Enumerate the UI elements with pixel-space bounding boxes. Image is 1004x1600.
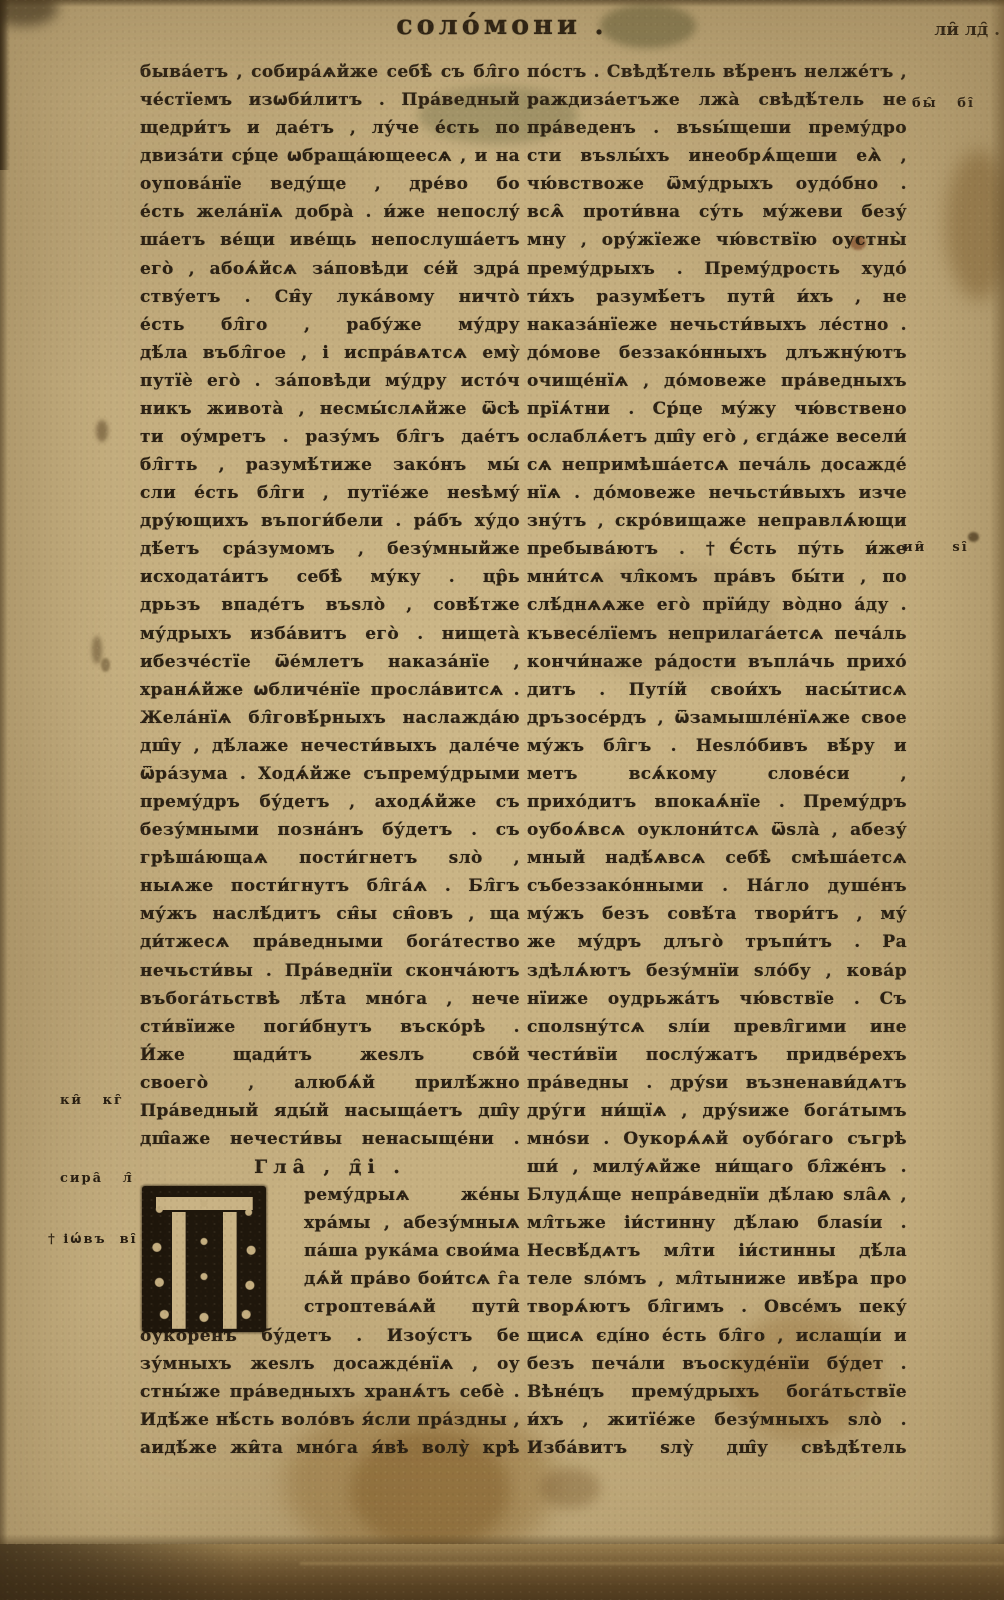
left-text-line: е́сть бл̑го , рабу́же му́дру поспѣ́ютсѧ	[140, 311, 520, 339]
right-text-line: и́хъ , житїе́же безу́мныхъ ѕло̀ .	[527, 1406, 907, 1434]
margin-note-sirach-ref: ки̑ кг̑ сира̑ л̑	[60, 1036, 134, 1244]
right-text-line: прихо́дитъ впокаѧ́нїе . Прему́дръ	[527, 788, 907, 816]
left-text-line: зу́мныхъ жеѕлъ досажде́нїѧ , оу	[140, 1350, 520, 1378]
right-text-line: чю́вствоже ѿму́дрыхъ оудо́бно .	[527, 170, 907, 198]
right-text-line: мл̑тьже іи́стинну дѣ́лаю блаѕі́и .	[527, 1209, 907, 1237]
margin-note-line: сира̑ л̑	[60, 1166, 134, 1192]
right-text-line: слѣ́днѧѧже его̀ прїи́ду во̀дно а́ду .	[527, 591, 907, 619]
left-text-line: оупова́нїе веду́ще , дре́во бо живо́тно	[140, 170, 520, 198]
left-text-line: че́стїемъ изѡби́литъ . Пра́ведный	[140, 86, 520, 114]
left-text-line: безу́мными позна́нъ бу́детъ . съ	[140, 816, 520, 844]
left-text-line: никъ живота̀ , несмы́слѧйже ѿсѣ	[140, 395, 520, 423]
left-text-line: И́же щади́тъ жеѕлъ сво́й ненави́дитъ сн̑…	[140, 1041, 520, 1069]
right-text-line: къвесе́лїемъ неприлага́етсѧ печа́ль ,	[527, 620, 907, 648]
paper-stain	[540, 1468, 600, 1508]
left-text-line: въбога́тьствѣ лѣ́та мно́га , нече	[140, 985, 520, 1013]
left-text-line: дѣ́етъ сра́зумомъ , безу́мныйже	[140, 535, 520, 563]
right-text-line: му́жъ бл̑гъ . Неѕло́бивъ вѣ́ру и	[527, 732, 907, 760]
margin-note-line: ки̑ кг̑	[60, 1088, 134, 1114]
right-text-line: ослаблѧ́етъ дш̑у его̀ , єгда́же весели́	[527, 423, 907, 451]
ink-spot	[101, 658, 110, 672]
left-text-line: стны́же пра́ведныхъ хранѧ́тъ себѐ .	[140, 1378, 520, 1406]
margin-note-right-mid: ии̑ ѕі̑	[903, 540, 969, 555]
right-text-line: творѧ́ютъ бл̑гимъ . Овсе́мъ пеку́	[527, 1293, 907, 1321]
left-text-line: прему́дръ бу́детъ , аходѧ́йже съ	[140, 788, 520, 816]
left-text-line: сли е́сть бл̑ги , путїе́же неѕѣму́	[140, 479, 520, 507]
right-text-line: събеззако́нными . На́гло душе́нъ	[527, 872, 907, 900]
right-text-line: метъ всѧ́кому слове́си , кова́рныйже	[527, 760, 907, 788]
left-text-line: хранѧ́йже ѡбличе́нїе просла́витсѧ .	[140, 676, 520, 704]
right-text-line: наказа́нїеже нечьсти́выхъ ле́стно .	[527, 311, 907, 339]
page-edge-left-dark	[0, 0, 10, 170]
page-edge-right	[990, 0, 1004, 1600]
left-text-line: ѿра́зума . Ходѧ́йже съпрему́дрыми	[140, 760, 520, 788]
left-text-line: дш̑аже нечести́вы ненасыще́ни .	[140, 1125, 520, 1153]
left-text-line: путїѐ его̀ . за́повѣди му́дру исто́ч	[140, 367, 520, 395]
left-text-line: Идѣ́же нѣ́сть воло́въ я́сли пра́здны ,	[140, 1406, 520, 1434]
left-text-line: ша́етъ ве́щи иве́щь непослуша́етъ	[140, 226, 520, 254]
right-text-line: ти́хъ разумѣ́етъ пути̑ и́хъ , не	[527, 283, 907, 311]
right-text-line: мни́тсѧ чл̑комъ пра́въ бы́ти , по	[527, 563, 907, 591]
right-text-line: безъ печа́ли въоскуде́нїи бу́дет .	[527, 1350, 907, 1378]
left-text-line: Жела́нїѧ бл̑говѣ́рныхъ наслажда́ю	[140, 704, 520, 732]
left-text-line: ныѧже пости́гнутъ бл̑га́ѧ . Бл̑гъ	[140, 872, 520, 900]
left-text-line: сти́вїиже поги́бнутъ въско́рѣ .	[140, 1013, 520, 1041]
right-text-line: оубоѧ́всѧ оуклони́тсѧ ѿѕла̀ , абезу́	[527, 816, 907, 844]
book-edge-below-dark	[0, 1544, 240, 1600]
page-edge-left	[0, 0, 8, 1600]
right-text-line: всѧ̑ проти́вна су́ть му́жеви безу́	[527, 198, 907, 226]
right-text-line: пра́веденъ . въѕы́щеши прему́дро	[527, 114, 907, 142]
left-text-line: му́дрыхъ изба́витъ его̀ . нищета̀	[140, 620, 520, 648]
right-text-line: мный надѣ́ѧвсѧ себѣ̀ смѣша́етсѧ	[527, 844, 907, 872]
left-text-line: грѣша́ющаѧ пости́гнетъ ѕло̀ , апра́ве	[140, 844, 520, 872]
running-title: соло́мони .	[0, 10, 1004, 41]
right-text-line: чести́вїи послу́жатъ придве́рехъ	[527, 1041, 907, 1069]
right-text-line: дру́ги ни́щїѧ , дру́ѕиже бога́тымъ	[527, 1097, 907, 1125]
ink-spot	[96, 420, 108, 442]
page-edge-top	[0, 0, 1004, 7]
ink-spot	[92, 636, 102, 664]
right-text-line: ши́ , милу́ѧйже ни́щаго бл̑же́нъ .	[527, 1153, 907, 1181]
book-edge-seam	[300, 1562, 1004, 1565]
left-text-line: быва́етъ , собира́ѧйже себѣ̀ съ бл̑го	[140, 58, 520, 86]
left-text-line: дш̑у , дѣ́лаже нечести́выхъ дале́че	[140, 732, 520, 760]
ink-spot	[968, 532, 979, 542]
left-text-line: исходата́итъ себѣ̀ му́ку . цр̑ь	[140, 563, 520, 591]
right-text-line: здѣлѧ́ютъ безу́мнїи ѕло́бу , кова́р	[527, 957, 907, 985]
drop-cap-woodcut: П	[142, 1186, 266, 1332]
left-text-line: бл̑гть , разумѣ́тиже зако́нъ мы́	[140, 451, 520, 479]
left-text-line: ибезче́стїе ѿе́млетъ наказа́нїе ,	[140, 648, 520, 676]
right-text-line: зну́тъ , скро́вищаже неправлѧ́ющи	[527, 507, 907, 535]
right-text-line: прїѧ́тни . Ср́це му́жу чю́вствено	[527, 395, 907, 423]
right-text-line: щисѧ єді́но е́сть бл̑го , ислащі́и и	[527, 1322, 907, 1350]
right-text-line: Несвѣ́дѧтъ мл̑ти іи́стинны дѣ́ла	[527, 1237, 907, 1265]
left-text-line: щедри́тъ и дае́тъ , лу́че е́сть по	[140, 114, 520, 142]
left-text-line: Пра́ведный яды́й насыща́етъ дш̑у свою̀ ,	[140, 1097, 520, 1125]
right-text-line: сти въѕлы́хъ инеобрѧ́щеши еѧ̀ ,	[527, 142, 907, 170]
margin-note-right-top: бы̑ бі̑	[912, 96, 975, 111]
left-text-line: дрьзъ впаде́тъ въѕло̀ , совѣ́тже	[140, 591, 520, 619]
right-text-line: Блудѧ́ще непра́веднїи дѣ́лаю ѕла̑ѧ ,	[527, 1181, 907, 1209]
left-text-line: му́жъ наслѣ́дитъ сн̑ы сн̑овъ , ща	[140, 900, 520, 928]
right-text-line: очище́нїѧ , до́мовеже пра́ведныхъ	[527, 367, 907, 395]
right-text-line: нїиже оудрьжа́тъ чю́вствїе . Съ	[527, 985, 907, 1013]
right-text-line: мну , ору́жїеже чю́вствїю оустны̀	[527, 226, 907, 254]
left-text-line: ти оу́мретъ . разу́мъ бл̑гъ дае́тъ	[140, 423, 520, 451]
left-text-line: ди́тжесѧ пра́ведными бога́тество	[140, 928, 520, 956]
right-text-line: дитъ . Путі́й свои́хъ насы́тисѧ	[527, 676, 907, 704]
left-text-line: двиза́ти ср́це ѡбраща́ющеесѧ , и на	[140, 142, 520, 170]
right-text-line: му́жъ безъ совѣ́та твори́тъ , му́	[527, 900, 907, 928]
right-text-line: сполѕну́тсѧ ѕлі́и превл̑гими ине	[527, 1013, 907, 1041]
right-text-line: пра́ведны . дру́ѕи възненави́дѧтъ	[527, 1069, 907, 1097]
left-text-line: е́сть жела́нїѧ добра̀ . и́же непослу́	[140, 198, 520, 226]
right-text-line: Вѣне́цъ прему́дрыхъ бога́тьствїе	[527, 1378, 907, 1406]
margin-note-job-ref: † іѡ́въ ві̑	[48, 1232, 138, 1247]
right-text-line: мно́ѕи . Оукорѧ́ѧй оубо́гаго съгрѣ	[527, 1125, 907, 1153]
right-text-line: кончи́наже ра́дости въпла́чь прихо́	[527, 648, 907, 676]
right-text-line: же му́дръ длъго̀ тръпи́тъ . Ра	[527, 928, 907, 956]
book-page-scan: соло́мони . ли̑ лд̑ . быва́етъ , собира́…	[0, 0, 1004, 1600]
left-text-line: своего̀ , алюбѧ́й прилѣ́жно наказу́етъ .	[140, 1069, 520, 1097]
right-text-line: дръзосе́рдъ , ѿзамышле́нїѧже свое	[527, 704, 907, 732]
left-text-line: ству́етъ . Сн̑у лука́вому ничто̀	[140, 283, 520, 311]
right-text-line: сѧ непримѣша́етсѧ печа́ль досажде́	[527, 451, 907, 479]
left-text-line: его̀ , абоѧ́йсѧ за́повѣди се́й здра́	[140, 255, 520, 283]
right-text-line: раждиза́етъже лжа̀ свѣдѣ́тель не	[527, 86, 907, 114]
right-text-line: пребыва́ютъ . †Є́сть пу́ть и́же	[527, 535, 907, 563]
left-text-line: дру́ющихъ въпоги́бели . ра́бъ ху́до	[140, 507, 520, 535]
left-text-line: дѣ́ла въбл̑гое , і испра́вѧтсѧ ему̀	[140, 339, 520, 367]
right-text-line: нїѧ . до́мовеже нечьсти́выхъ изче	[527, 479, 907, 507]
left-text-line: аидѣ́же жи̑та мно́га я́вѣ волу̀ крѣ	[140, 1434, 520, 1462]
text-column-right: по́стъ . Свѣдѣ́тель вѣ́ренъ нелже́тъ ,ра…	[527, 58, 907, 1462]
right-text-line: до́мове беззако́нныхъ длъжну́ютъ	[527, 339, 907, 367]
right-text-line: по́стъ . Свѣдѣ́тель вѣ́ренъ нелже́тъ ,	[527, 58, 907, 86]
right-text-line: Изба́витъ ѕлу̀ дш̑у свѣдѣ́тель	[527, 1434, 907, 1462]
left-chapter-heading: Гла̑ , д̑і .	[140, 1153, 520, 1181]
right-text-line: прему́дрыхъ . Прему́дрость худо́	[527, 255, 907, 283]
right-text-line: теле ѕло́мъ , мл̑тыниже ивѣ́ра про	[527, 1265, 907, 1293]
left-text-line: нечьсти́вы . Пра́веднїи сконча́ютъ	[140, 957, 520, 985]
